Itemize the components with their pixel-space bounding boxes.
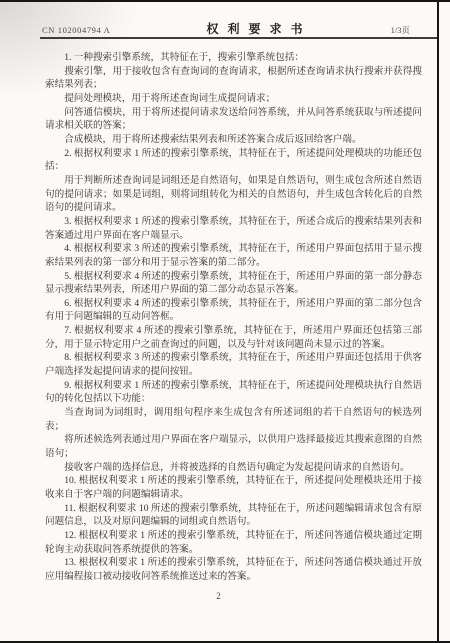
claims-body: 1. 一种搜索引擎系统，其特征在于，搜索引擎系统包括：搜索引擎，用于接收包含有查… (45, 51, 422, 585)
claim-paragraph: 11. 根据权利要求 10 所述的搜索引擎系统，其特征在于，所述问题编辑请求包含… (45, 502, 422, 529)
claim-paragraph: 10. 根据权利要求 1 所述的搜索引擎系统，其特征在于，所述提问处理模块还用于… (45, 474, 422, 501)
claim-paragraph: 将所述候选列表通过用户界面在客户端显示，以供用户选择最接近其搜索意图的自然语句； (45, 433, 422, 460)
scan-edge-right (437, 0, 439, 643)
claim-paragraph: 合成模块，用于将所述搜索结果列表和所述答案合成后返回给客户端。 (45, 133, 422, 147)
claim-paragraph: 2. 根据权利要求 1 所述的搜索引擎系统，其特征在于，所述提问处理模块的功能还… (45, 147, 422, 174)
claim-paragraph: 13. 根据权利要求 1 所述的搜索引擎系统，其特征在于，所述问答通信模块通过开… (45, 556, 422, 583)
claim-paragraph: 5. 根据权利要求 4 所述的搜索引擎系统，其特征在于，所述用户界面的第一部分静… (45, 270, 422, 297)
claim-paragraph: 用于判断所述查询词是词组还是自然语句，如果是自然语句，则生成包含所述自然语句的提… (45, 174, 422, 215)
claim-paragraph: 1. 一种搜索引擎系统，其特征在于，搜索引擎系统包括： (45, 51, 422, 65)
claim-paragraph: 当查询词为词组时，调用组句程序来生成包含有所述词组的若干自然语句的候选列表； (45, 406, 422, 433)
claim-paragraph: 6. 根据权利要求 4 所述的搜索引擎系统，其特征在于，所述用户界面的第二部分包… (45, 297, 422, 324)
claim-paragraph: 3. 根据权利要求 1 所述的搜索引擎系统，其特征在于，所述合成后的搜索结果列表… (45, 215, 422, 242)
claim-paragraph: 接收客户端的选择信息，并将被选择的自然语句确定为发起提问请求的自然语句。 (45, 461, 422, 475)
header-rule (40, 37, 437, 39)
claim-paragraph: 4. 根据权利要求 3 所述的搜索引擎系统，其特征在于，所述用户界面包括用于显示… (45, 242, 422, 269)
claim-paragraph: 提问处理模块，用于将所述查询词生成提问请求； (45, 92, 422, 106)
page-number: 2 (0, 591, 437, 601)
publication-number: CN 102004794 A (42, 25, 110, 35)
scan-edge-top (0, 0, 450, 2)
page-indicator: 1/3页 (391, 24, 410, 38)
document-title: 权利要求书 (198, 20, 312, 37)
page-header: CN 102004794 A 权利要求书 1/3页 (42, 20, 410, 38)
claim-paragraph: 12. 根据权利要求 1 所述的搜索引擎系统，其特征在于，所述问答通信模块通过定… (45, 529, 422, 556)
claim-paragraph: 9. 根据权利要求 1 所述的搜索引擎系统，其特征在于，所述提问处理模块执行自然… (45, 379, 422, 406)
claim-paragraph: 7. 根据权利要求 4 所述的搜索引擎系统，其特征在于，所述用户界面还包括第三部… (45, 324, 422, 351)
claim-paragraph: 8. 根据权利要求 3 所述的搜索引擎系统，其特征在于，所述用户界面还包括用于供… (45, 351, 422, 378)
claim-paragraph: 搜索引擎，用于接收包含有查询词的查询请求，根据所述查询请求执行搜索并获得搜索结果… (45, 65, 422, 92)
claim-paragraph: 问答通信模块，用于将所述提问请求发送给问答系统，并从问答系统获取与所述提问请求相… (45, 106, 422, 133)
